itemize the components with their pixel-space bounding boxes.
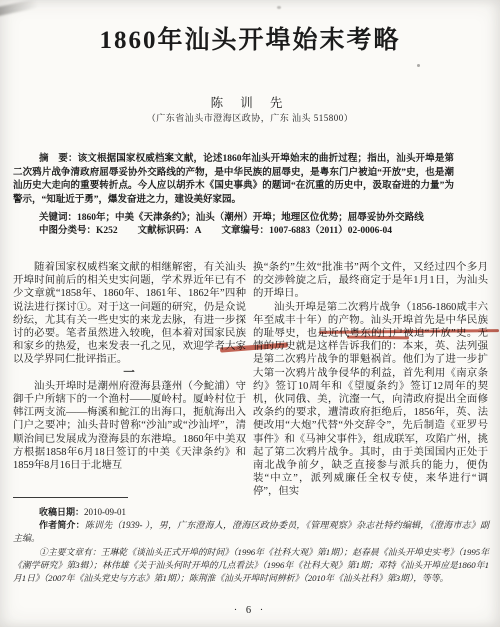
keywords-line: 关键词：1860年；中美《天津条约》；汕头（潮州）开埠；地理区位优势；屈辱妥协外… [13, 212, 454, 226]
abstract-block: 摘 要：该文根据国家权威档案文献，论述1860年汕头开埠始末的曲折过程；指出，汕… [13, 153, 454, 239]
page-number: · 6 · [0, 605, 500, 616]
body-column-left: 随着国家权威档案文献的相继解密，有关汕头开埠时间前后的相关史实问题，学术界近年已… [13, 261, 246, 472]
body-paragraph: 汕头开埠时是潮州府澄海县蓬州（今鮀浦）守御千户所辖下的一个渔村——厦岭村。厦岭村… [13, 380, 246, 472]
received-date: 2010-09-01 [84, 507, 126, 517]
scan-speck [277, 6, 281, 9]
scan-smudge-artifact [0, 0, 38, 16]
doc-code-label: 文献标识码： [138, 226, 195, 236]
abstract-paragraph: 摘 要：该文根据国家权威档案文献，论述1860年汕头开埠始末的曲折过程；指出，汕… [13, 153, 454, 207]
doc-code-value: A [195, 226, 202, 236]
body-paragraph: 换“条约”生效“批准书”两个文件，又经过四个多月的交涉斡旋之后，最终商定于是年1… [253, 261, 488, 301]
keywords-text: 1860年；中美《天津条约》；汕头（潮州）开埠；地理区位优势；屈辱妥协外交路线 [77, 213, 424, 223]
article-id-value: 1007-6883（2011）02-0006-04 [269, 226, 392, 236]
abstract-text: 该文根据国家权威档案文献，论述1860年汕头开埠始末的曲折过程；指出，汕头开埠是… [13, 154, 454, 205]
body-paragraph: 随着国家权威档案文献的相继解密，有关汕头开埠时间前后的相关史实问题，学术界近年已… [13, 261, 246, 367]
body-paragraph: 汕头开埠是第二次鸦片战争（1856-1860咸丰六年至咸丰十年）的产物。汕头开埠… [253, 301, 488, 499]
footnote-separator-rule [13, 497, 128, 498]
bio-text: 陈训先（1939- ），男，广东澄海人，澄海区政协委员，《管理观察》杂志社特约编… [13, 520, 489, 543]
body-column-right: 换“条约”生效“批准书”两个文件，又经过四个多月的交涉斡旋之后，最终商定于是年1… [253, 261, 488, 499]
footer-notes-block: 收稿日期：2010-09-01 作者简介：陈训先（1939- ），男，广东澄海人… [13, 506, 489, 585]
clc-label: 中图分类号： [39, 226, 96, 236]
footnote-text: ①主要文章有：王琳乾《谈汕头正式开埠的时间》（1996年《社科大观》第1期）；赵… [13, 546, 489, 585]
section-heading-one: 一 [13, 367, 246, 380]
paper-title: 1860年汕头开埠始末考略 [0, 20, 500, 56]
author-name: 陈 训 先 [0, 93, 500, 111]
received-label: 收稿日期： [39, 507, 84, 517]
author-bio-line: 作者简介：陈训先（1939- ），男，广东澄海人，澄海区政协委员，《管理观察》杂… [13, 519, 489, 545]
clc-value: K252 [96, 226, 118, 236]
keywords-label: 关键词： [39, 213, 77, 223]
classification-line: 中图分类号：K252文献标识码：A文章编号：1007-6883（2011）02-… [13, 225, 454, 239]
scan-speck [417, 64, 420, 67]
author-affiliation: （广东省汕头市澄海区政协，广东 汕头 515800） [0, 111, 500, 124]
bio-label: 作者简介： [39, 520, 85, 530]
scanned-paper-page: 1860年汕头开埠始末考略 陈 训 先 （广东省汕头市澄海区政协，广东 汕头 5… [0, 0, 500, 627]
received-date-line: 收稿日期：2010-09-01 [13, 506, 489, 519]
abstract-label: 摘 要： [39, 154, 78, 164]
article-id-label: 文章编号： [222, 226, 270, 236]
